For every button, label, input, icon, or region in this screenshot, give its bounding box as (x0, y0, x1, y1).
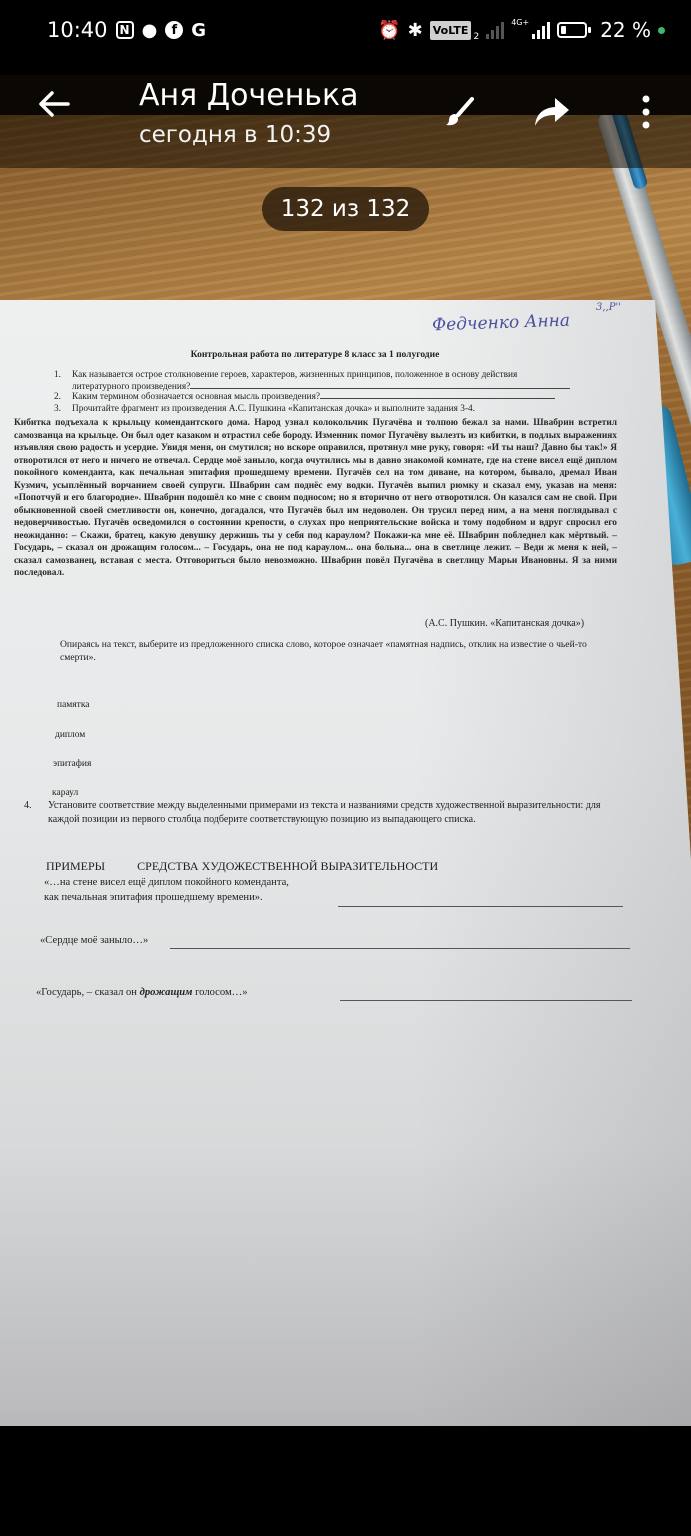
paint-brush-icon (442, 94, 478, 130)
back-arrow-icon (34, 84, 74, 124)
example-1: «…на стене висел ещё диплом покойного ко… (44, 875, 289, 905)
passage-text: Кибитка подъехала к крыльцу комендантско… (14, 417, 617, 580)
question-1: 1. Как называется острое столкновение ге… (72, 370, 602, 393)
column-headers: ПРИМЕРЫСРЕДСТВА ХУДОЖЕСТВЕННОЙ ВЫРАЗИТЕЛ… (46, 859, 438, 874)
battery-icon (557, 22, 587, 38)
handwritten-grade: 3,,Р'' (596, 302, 621, 313)
alarm-icon: ⏰ (378, 20, 400, 41)
status-bar: 10:40 N ● f G ⏰ ✱ VoLTE 2 4G+ 22 % (0, 0, 691, 75)
network-type: 4G+ (511, 18, 529, 27)
message-timestamp: сегодня в 10:39 (139, 122, 331, 148)
task-4: 4. Установите соответствие между выделен… (48, 799, 628, 827)
citation: (А.С. Пушкин. «Капитанская дочка») (425, 618, 584, 629)
worksheet-paper: Федченко Анна 3,,Р'' Контрольная работа … (0, 300, 691, 1426)
option-diplom: диплом (55, 730, 85, 740)
google-icon: G (191, 20, 206, 41)
example-2: «Сердце моё заныло…» (40, 933, 148, 948)
more-vert-icon (628, 92, 664, 132)
signal-sim2-icon (486, 21, 504, 39)
option-epitafiya: эпитафия (53, 759, 91, 769)
battery-percent: 22 % (600, 18, 651, 42)
option-pamyatka: памятка (57, 700, 90, 710)
question-2: 2. Каким термином обозначается основная … (72, 392, 602, 404)
answer-line-1 (338, 906, 623, 907)
example-3: «Государь, – сказал он дрожащим голосом…… (36, 985, 248, 1000)
image-counter: 132 из 132 (262, 187, 429, 231)
back-button[interactable] (34, 84, 74, 124)
nfc-icon: N (116, 21, 134, 39)
sim-index: 2 (473, 32, 479, 42)
question-3: 3. Прочитайте фрагмент из произведения А… (72, 404, 632, 416)
answer-line-2 (170, 948, 630, 949)
doc-title: Контрольная работа по литературе 8 класс… (0, 350, 630, 360)
answer-line-3 (340, 1000, 632, 1001)
bluetooth-icon: ✱ (408, 20, 423, 41)
signal-4g-icon (532, 21, 550, 39)
option-karaul: караул (52, 788, 78, 798)
share-button[interactable] (532, 92, 572, 132)
photo-viewer[interactable]: Федченко Анна 3,,Р'' Контрольная работа … (0, 75, 691, 1426)
share-forward-icon (533, 94, 571, 130)
clock: 10:40 (47, 18, 108, 42)
more-options-button[interactable] (626, 92, 666, 132)
volte-icon: VoLTE (430, 21, 472, 40)
chat-bubble-icon: ● (142, 20, 158, 41)
chat-title: Аня Доченька (139, 78, 359, 113)
privacy-indicator-dot (658, 27, 665, 34)
facebook-icon: f (165, 21, 183, 39)
task-prompt: Опираясь на текст, выберите из предложен… (60, 638, 620, 664)
edit-button[interactable] (440, 92, 480, 132)
